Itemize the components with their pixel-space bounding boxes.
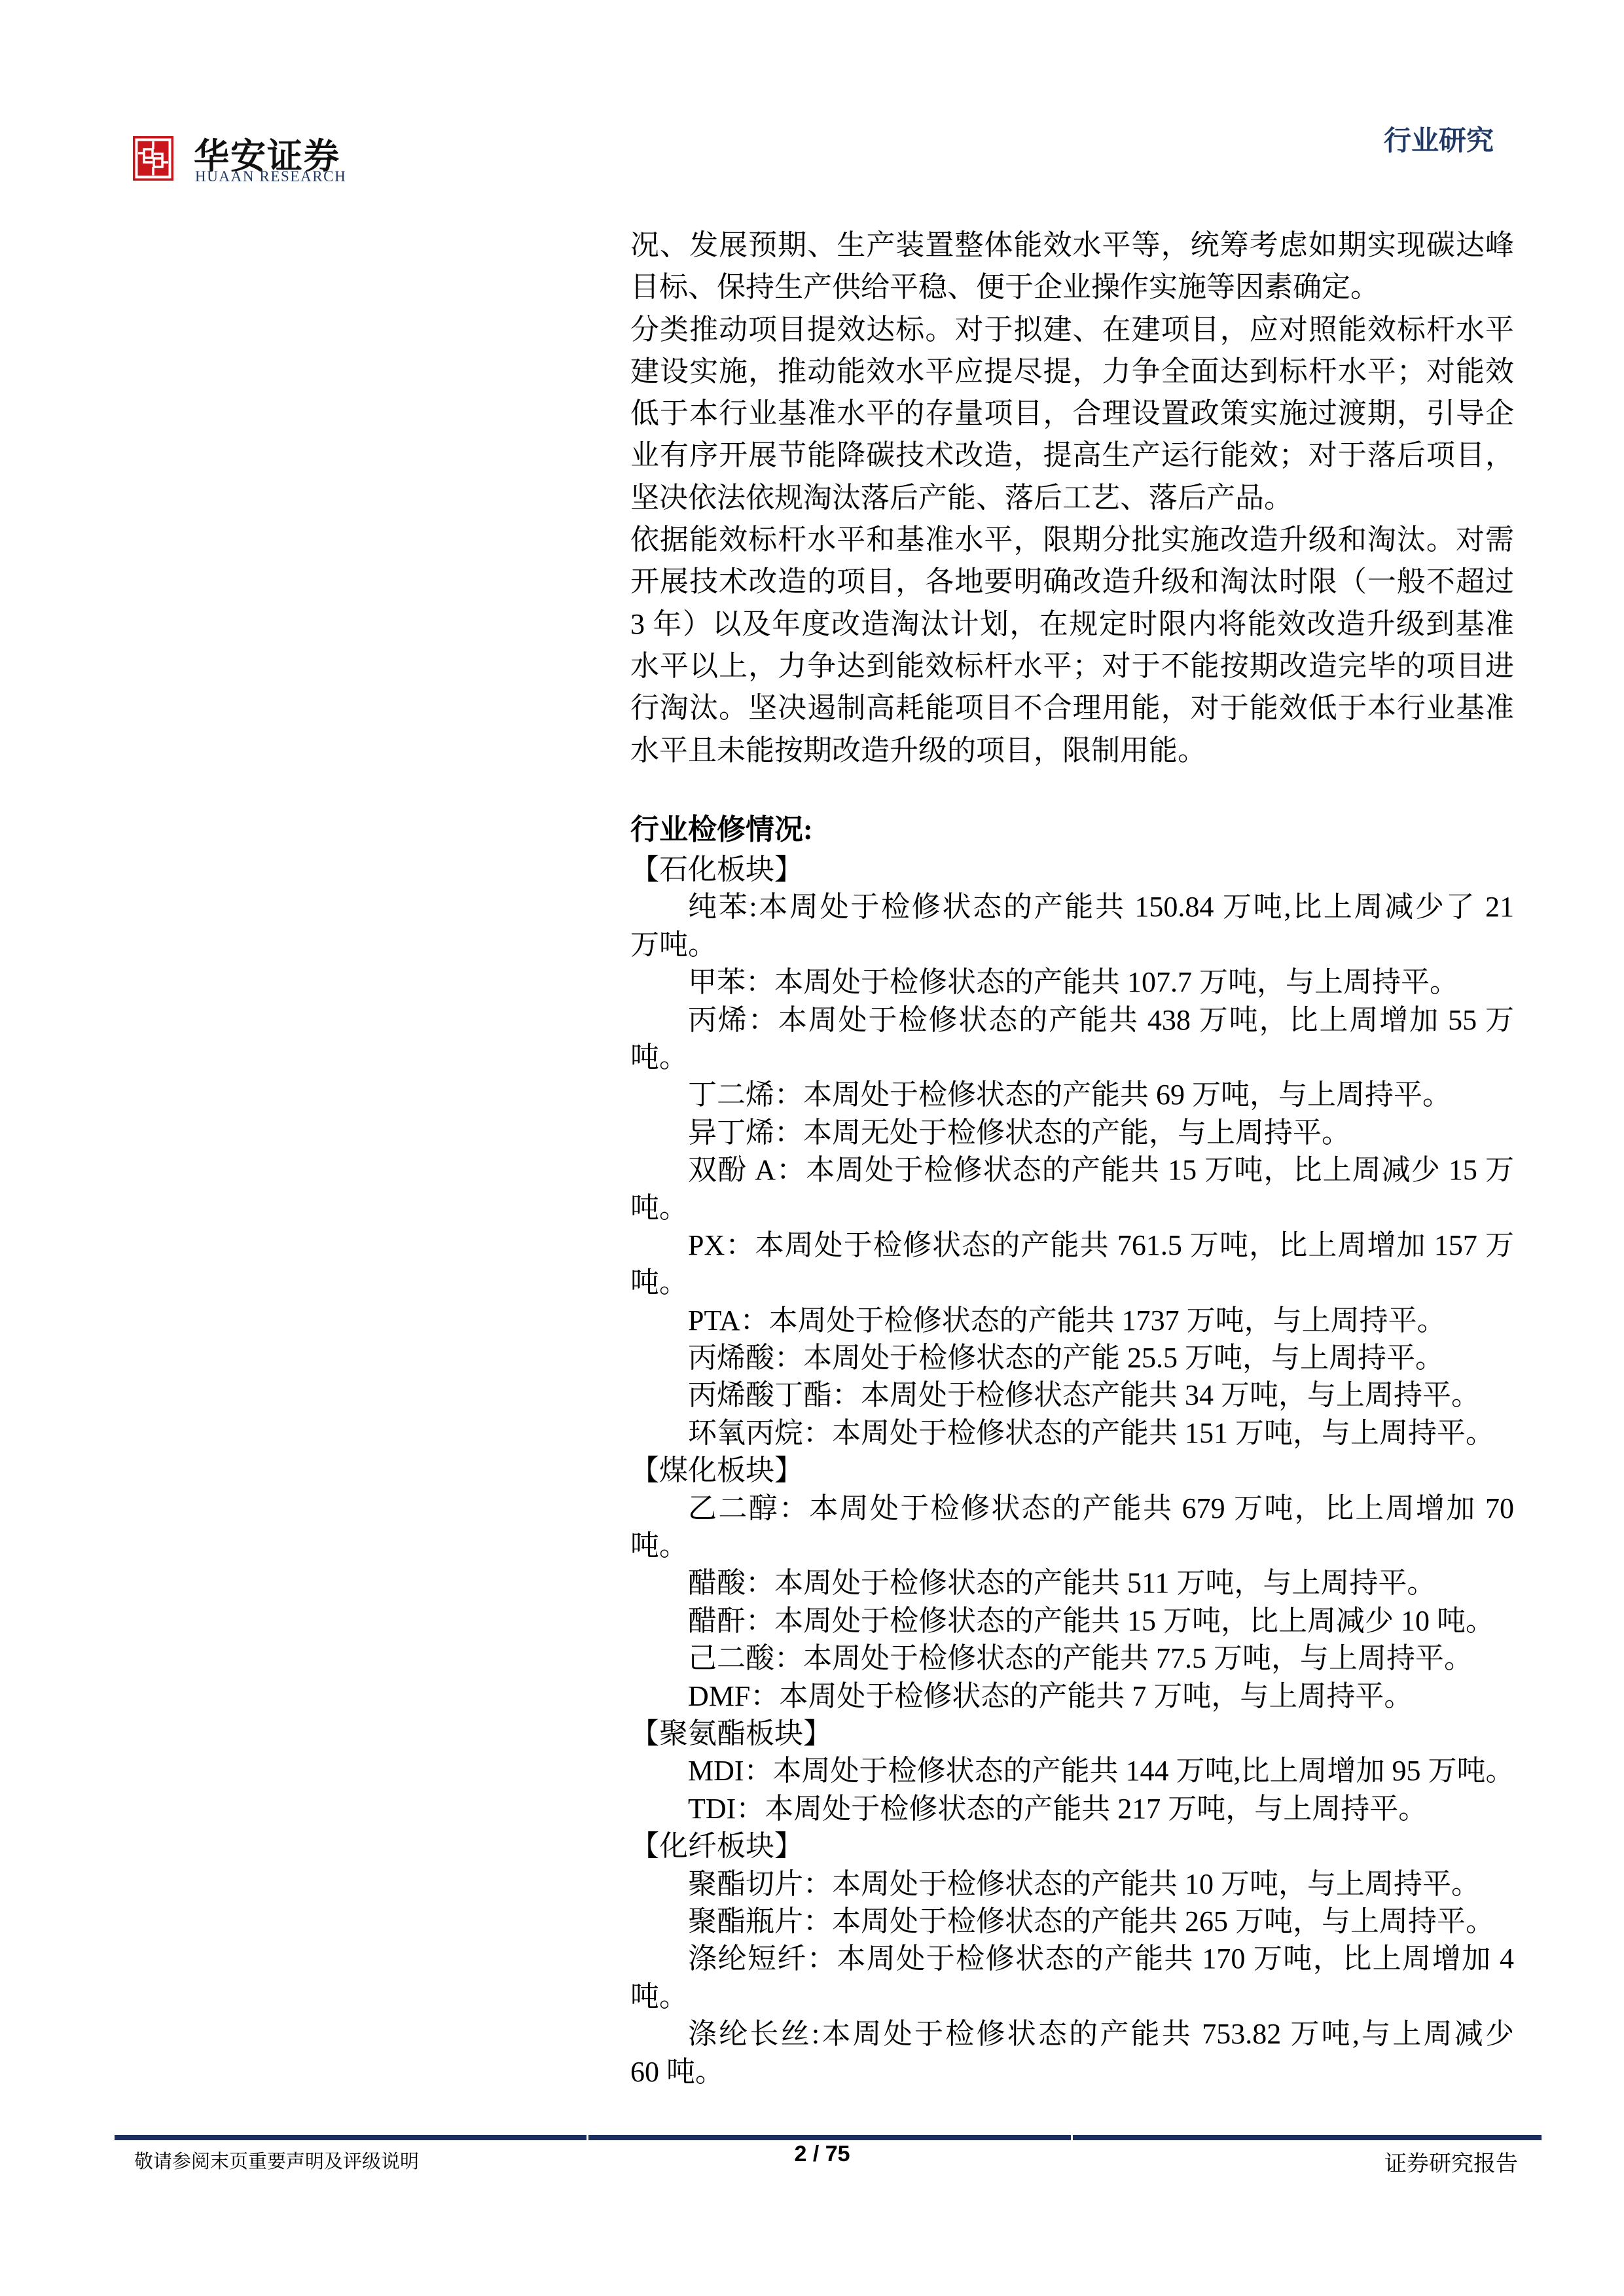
section-heading: 行业检修情况:	[630, 809, 1514, 851]
body-line: 乙二醇：本周处于检修状态的产能共 679 万吨，比上周增加 70	[630, 1490, 1514, 1527]
body-line: 醋酐：本周处于检修状态的产能共 15 万吨，比上周减少 10 吨。	[630, 1602, 1514, 1640]
body-line: 坚决依法依规淘汰落后产能、落后工艺、落后产品。	[630, 477, 1514, 519]
body-line: 分类推动项目提效达标。对于拟建、在建项目，应对照能效标杆水平	[630, 309, 1514, 351]
body-line: 建设实施，推动能效水平应提尽提，力争全面达到标杆水平；对能效	[630, 351, 1514, 393]
body-line: PTA：本周处于检修状态的产能共 1737 万吨，与上周持平。	[630, 1302, 1514, 1339]
body-line: 3 年）以及年度改造淘汰计划，在规定时限内将能效改造升级到基准	[630, 603, 1514, 645]
body-line: 低于本行业基准水平的存量项目，合理设置政策实施过渡期，引导企	[630, 393, 1514, 435]
report-type-label: 行业研究	[1384, 119, 1494, 158]
body-line: 行淘汰。坚决遏制高耗能项目不合理用能，对于能效低于本行业基准	[630, 687, 1514, 729]
section-title-line: 【煤化板块】	[630, 1452, 1514, 1489]
body-line: 60 吨。	[630, 2053, 1514, 2090]
body-line: 双酚 A：本周处于检修状态的产能共 15 万吨，比上周减少 15 万	[630, 1151, 1514, 1189]
body-line: 依据能效标杆水平和基准水平，限期分批实施改造升级和淘汰。对需	[630, 519, 1514, 561]
body-line: 吨。	[630, 1039, 1514, 1076]
body-line: 纯苯:本周处于检修状态的产能共 150.84 万吨,比上周减少了 21	[630, 888, 1514, 925]
body-line: 吨。	[630, 1264, 1514, 1301]
body-line: 己二酸：本周处于检修状态的产能共 77.5 万吨，与上周持平。	[630, 1640, 1514, 1677]
body-line: 涤纶长丝:本周处于检修状态的产能共 753.82 万吨,与上周减少	[630, 2015, 1514, 2053]
logo-company-name-en: HUAAN RESEARCH	[195, 168, 346, 185]
body-text-intro: 况、发展预期、生产装置整体能效水平等，统筹考虑如期实现碳达峰目标、保持生产供给平…	[630, 224, 1514, 772]
footer-report-type: 证券研究报告	[1384, 2145, 1518, 2178]
report-page: { "colors": { "navy": "#1F3864", "bar_na…	[0, 0, 1624, 2296]
body-line: 开展技术改造的项目，各地要明确改造升级和淘汰时限（一般不超过	[630, 561, 1514, 603]
section-title-line: 【聚氨酯板块】	[630, 1715, 1514, 1752]
footer-rule	[115, 2135, 1542, 2140]
footer-disclaimer: 敬请参阅末页重要声明及评级说明	[134, 2147, 419, 2174]
body-line: 吨。	[630, 1527, 1514, 1564]
body-line: 业有序开展节能降碳技术改造，提高生产运行能效；对于落后项目，	[630, 435, 1514, 476]
body-line: 丙烯酸丁酯：本周处于检修状态产能共 34 万吨，与上周持平。	[630, 1376, 1514, 1414]
body-line: 万吨。	[630, 926, 1514, 963]
footer-page-number: 2 / 75	[794, 2142, 850, 2167]
body-line: 异丁烯：本周无处于检修状态的产能，与上周持平。	[630, 1114, 1514, 1151]
body-line: 吨。	[630, 1189, 1514, 1227]
body-line: 况、发展预期、生产装置整体能效水平等，统筹考虑如期实现碳达峰	[630, 224, 1514, 266]
body-line: 甲苯：本周处于检修状态的产能共 107.7 万吨，与上周持平。	[630, 963, 1514, 1001]
body-line: 醋酸：本周处于检修状态的产能共 511 万吨，与上周持平。	[630, 1564, 1514, 1602]
body-line: 涤纶短纤：本周处于检修状态的产能共 170 万吨，比上周增加 4	[630, 1940, 1514, 1977]
footer-rule-segment	[1073, 2135, 1542, 2140]
body-line: TDI：本周处于检修状态的产能共 217 万吨，与上周持平。	[630, 1790, 1514, 1827]
body-line: MDI：本周处于检修状态的产能共 144 万吨,比上周增加 95 万吨。	[630, 1752, 1514, 1789]
body-text-maintenance: 行业检修情况:【石化板块】纯苯:本周处于检修状态的产能共 150.84 万吨,比…	[630, 809, 1514, 2090]
section-title-line: 【化纤板块】	[630, 1827, 1514, 1865]
body-line: PX：本周处于检修状态的产能共 761.5 万吨，比上周增加 157 万	[630, 1227, 1514, 1264]
body-line: DMF：本周处于检修状态的产能共 7 万吨，与上周持平。	[630, 1677, 1514, 1715]
body-line: 聚酯切片：本周处于检修状态的产能共 10 万吨，与上周持平。	[630, 1865, 1514, 1903]
body-line: 水平以上，力争达到能效标杆水平；对于不能按期改造完毕的项目进	[630, 645, 1514, 687]
section-title-line: 【石化板块】	[630, 851, 1514, 888]
footer-rule-segment	[588, 2135, 1071, 2140]
body-line: 水平且未能按期改造升级的项目，限制用能。	[630, 730, 1514, 772]
body-line: 丙烯：本周处于检修状态的产能共 438 万吨，比上周增加 55 万	[630, 1001, 1514, 1039]
body-line: 环氧丙烷：本周处于检修状态的产能共 151 万吨，与上周持平。	[630, 1414, 1514, 1452]
body-line: 目标、保持生产供给平稳、便于企业操作实施等因素确定。	[630, 266, 1514, 308]
body-line: 丙烯酸：本周处于检修状态的产能 25.5 万吨，与上周持平。	[630, 1339, 1514, 1376]
body-line: 吨。	[630, 1978, 1514, 2015]
huaan-seal-logo-icon	[133, 136, 173, 181]
body-line: 聚酯瓶片：本周处于检修状态的产能共 265 万吨，与上周持平。	[630, 1903, 1514, 1940]
body-line: 丁二烯：本周处于检修状态的产能共 69 万吨，与上周持平。	[630, 1076, 1514, 1113]
footer-rule-segment	[115, 2135, 586, 2140]
